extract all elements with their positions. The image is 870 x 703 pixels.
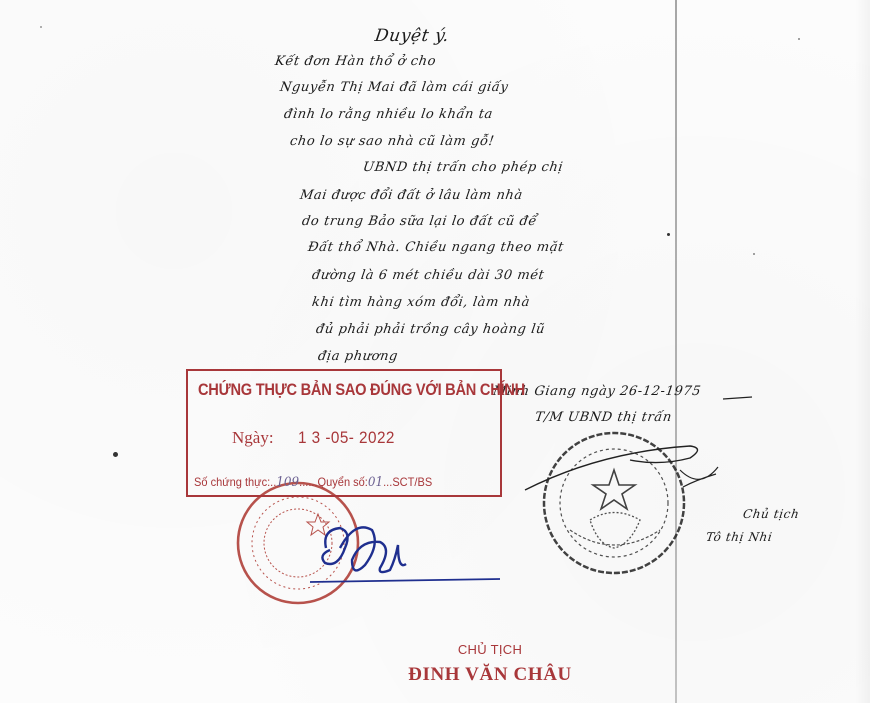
stamp-book-value: 01 <box>368 475 383 490</box>
certifier-role: CHỦ TỊCH <box>430 642 550 657</box>
blue-signature <box>310 527 500 582</box>
stamp-book-label: Quyển số: <box>318 475 368 489</box>
stamp-book-suffix: SCT/BS <box>392 475 432 489</box>
seals-and-signatures <box>0 0 870 703</box>
stamp-number-row: Số chứng thực:..109......Quyển số:01...S… <box>194 475 432 490</box>
old-round-seal <box>544 433 684 573</box>
certifier-red-seal <box>238 483 358 603</box>
stamp-date-value: 1 3 -05- 2022 <box>298 428 395 448</box>
certified-copy-stamp: CHỨNG THỰC BẢN SAO ĐÚNG VỚI BẢN CHÍNH Ng… <box>186 369 502 497</box>
stamp-title: CHỨNG THỰC BẢN SAO ĐÚNG VỚI BẢN CHÍNH <box>198 380 525 400</box>
stamp-number-label: Số chứng thực: <box>194 475 270 489</box>
stamp-number-value: 109 <box>276 475 299 490</box>
certifier-name: ĐINH VĂN CHÂU <box>380 664 600 686</box>
stamp-date-label: Ngày: <box>232 428 274 448</box>
